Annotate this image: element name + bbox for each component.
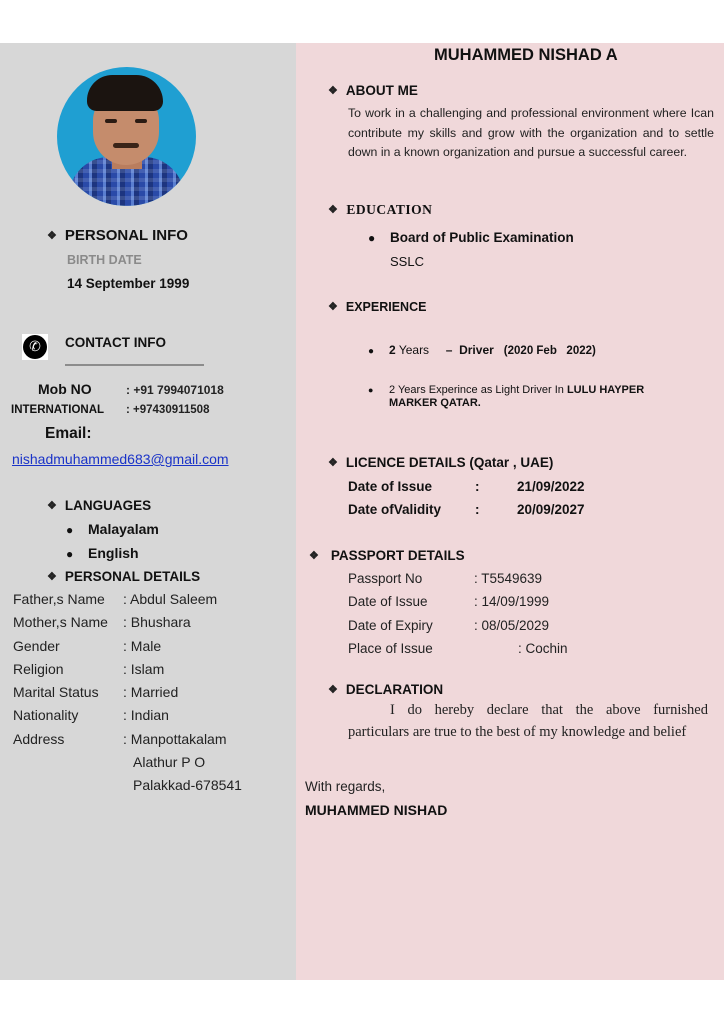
passport-value: : Cochin <box>518 641 568 656</box>
detail-value: : Male <box>123 638 161 654</box>
detail-key: Address <box>13 731 123 747</box>
language-item: ●Malayalam <box>66 521 159 537</box>
licence-key: Date of Issue <box>348 479 475 494</box>
education-qualification: SSLC <box>390 254 424 269</box>
passport-row: Passport No: T5549639 <box>348 571 542 586</box>
language-item: ●English <box>66 545 139 561</box>
signature-name: MUHAMMED NISHAD <box>305 802 447 818</box>
detail-row: Mother,s Name: Bhushara <box>13 614 191 630</box>
contact-divider <box>65 364 204 366</box>
detail-key: Religion <box>13 661 123 677</box>
education-heading: ❖EDUCATION <box>328 202 432 218</box>
detail-key: Mother,s Name <box>13 614 123 630</box>
passport-row: Place of Issue: Cochin <box>348 641 568 656</box>
about-heading: ❖ABOUT ME <box>328 83 418 98</box>
diamond-bullet-icon: ❖ <box>328 84 338 97</box>
language-name: English <box>88 545 139 561</box>
passport-key: Date of Issue <box>348 594 474 609</box>
diamond-bullet-icon: ❖ <box>47 229 57 242</box>
diamond-bullet-icon: ❖ <box>328 683 338 696</box>
experience-dash: – <box>446 343 453 357</box>
mobile-label: Mob NO <box>38 381 92 397</box>
passport-value: : 08/05/2029 <box>474 618 549 633</box>
personal-details-heading: ❖PERSONAL DETAILS <box>47 569 200 584</box>
bullet-icon: ● <box>368 346 389 357</box>
international-label: INTERNATIONAL <box>11 404 104 416</box>
mobile-value: : +91 7994071018 <box>126 383 224 397</box>
photo-mustache <box>113 143 139 148</box>
languages-heading: ❖LANGUAGES <box>47 498 151 513</box>
detail-value: : Indian <box>123 707 169 723</box>
bullet-icon: ● <box>368 231 390 245</box>
diamond-bullet-icon: ❖ <box>47 499 57 512</box>
photo-hair <box>87 75 163 111</box>
diamond-bullet-icon: ❖ <box>47 570 57 583</box>
passport-key: Passport No <box>348 571 474 586</box>
diamond-bullet-icon: ❖ <box>328 300 338 313</box>
detail-row: Religion: Islam <box>13 661 164 677</box>
education-title: EDUCATION <box>346 202 432 217</box>
profile-photo <box>57 67 196 206</box>
passport-value: : T5549639 <box>474 571 542 586</box>
licence-key: Date ofValidity <box>348 502 475 517</box>
photo-eye <box>105 119 117 123</box>
phone-icon: ✆ <box>22 334 48 360</box>
detail-value: : Bhushara <box>123 614 191 630</box>
passport-row: Date of Issue: 14/09/1999 <box>348 594 549 609</box>
passport-row: Date of Expiry: 08/05/2029 <box>348 618 549 633</box>
address-line: Palakkad-678541 <box>133 777 242 793</box>
email-label: Email: <box>45 425 92 443</box>
licence-title: LICENCE DETAILS (Qatar , UAE) <box>346 455 554 470</box>
declaration-title: DECLARATION <box>346 682 443 697</box>
birth-date-value: 14 September 1999 <box>67 276 189 291</box>
detail-key: Nationality <box>13 707 123 723</box>
personal-details-title: PERSONAL DETAILS <box>65 569 200 584</box>
personal-info-heading: ❖PERSONAL INFO <box>47 227 188 244</box>
detail-key: Gender <box>13 638 123 654</box>
email-link[interactable]: nishadmuhammed683@gmail.com <box>12 451 229 467</box>
passport-key: Place of Issue <box>348 641 518 656</box>
licence-value: 20/09/2027 <box>517 502 585 517</box>
diamond-bullet-icon: ❖ <box>328 203 338 216</box>
bullet-icon: ● <box>66 523 88 537</box>
experience-item-2: ●2 Years Experince as Light Driver In LU… <box>368 384 688 410</box>
experience-years-label: Years <box>399 343 429 357</box>
about-text: To work in a challenging and professiona… <box>348 104 714 163</box>
licence-row: Date ofValidity:20/09/2027 <box>348 502 585 517</box>
detail-row: Father,s Name: Abdul Saleem <box>13 591 217 607</box>
bullet-icon: ● <box>368 384 389 397</box>
passport-title: PASSPORT DETAILS <box>331 548 465 563</box>
detail-value: : Islam <box>123 661 164 677</box>
education-item: ●Board of Public Examination <box>368 230 574 245</box>
experience-heading: ❖EXPERIENCE <box>328 300 426 314</box>
detail-value: : Abdul Saleem <box>123 591 217 607</box>
declaration-text: I do hereby declare that the above furni… <box>348 699 708 743</box>
experience-item-1: ●2 Years – Driver (2020 Feb 2022) <box>368 343 596 357</box>
regards-text: With regards, <box>305 779 385 794</box>
detail-value: : Married <box>123 684 178 700</box>
birth-date-label: BIRTH DATE <box>67 253 142 267</box>
language-name: Malayalam <box>88 521 159 537</box>
detail-key: Father,s Name <box>13 591 123 607</box>
experience-description: 2 Years Experince as Light Driver In <box>389 384 567 396</box>
passport-value: : 14/09/1999 <box>474 594 549 609</box>
address-line: Alathur P O <box>133 754 205 770</box>
detail-row: Nationality: Indian <box>13 707 169 723</box>
detail-key: Marital Status <box>13 684 123 700</box>
experience-title: EXPERIENCE <box>346 300 427 314</box>
passport-heading: ❖PASSPORT DETAILS <box>309 548 465 563</box>
detail-row: Marital Status: Married <box>13 684 178 700</box>
passport-key: Date of Expiry <box>348 618 474 633</box>
experience-period: (2020 Feb 2022) <box>504 345 596 357</box>
languages-title: LANGUAGES <box>65 498 151 513</box>
diamond-bullet-icon: ❖ <box>309 549 319 562</box>
contact-info-title: CONTACT INFO <box>65 335 166 350</box>
detail-value: : Manpottakalam <box>123 731 227 747</box>
detail-row: Address: Manpottakalam <box>13 731 227 747</box>
bullet-icon: ● <box>66 547 88 561</box>
detail-row: Gender: Male <box>13 638 161 654</box>
photo-eye <box>135 119 147 123</box>
experience-years: 2 <box>389 343 396 357</box>
licence-sep: : <box>475 479 517 494</box>
diamond-bullet-icon: ❖ <box>328 456 338 469</box>
licence-row: Date of Issue:21/09/2022 <box>348 479 585 494</box>
personal-info-title: PERSONAL INFO <box>65 227 188 244</box>
licence-heading: ❖LICENCE DETAILS (Qatar , UAE) <box>328 455 553 470</box>
licence-value: 21/09/2022 <box>517 479 585 494</box>
candidate-name: MUHAMMED NISHAD A <box>434 46 618 65</box>
declaration-heading: ❖DECLARATION <box>328 682 443 697</box>
international-value: : +97430911508 <box>126 404 209 416</box>
licence-sep: : <box>475 502 517 517</box>
about-title: ABOUT ME <box>346 83 418 98</box>
education-board: Board of Public Examination <box>390 230 574 245</box>
experience-role: Driver <box>459 343 494 357</box>
